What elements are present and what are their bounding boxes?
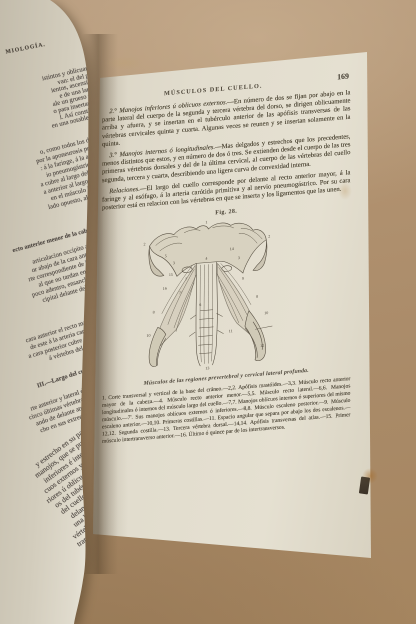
right-page-content: MÚSCULOS DEL CUELLO. 169 2.° Manojos inf… — [102, 60, 350, 444]
plate-number: 10 — [264, 310, 268, 315]
turning-page-shadow: MIOLOGÍA. istintos y oblicuamente van: e… — [0, 0, 130, 624]
anatomical-figure: 1 2 2 3 3 4 5 6 7 7' 8 8 9 10 10 — [139, 214, 273, 377]
plate-number: 16 — [163, 286, 167, 291]
plate-number: 13 — [205, 366, 209, 371]
plate-number: 2 — [268, 234, 270, 239]
plate-number: 6 — [199, 302, 201, 307]
plate-number: 14 — [230, 246, 234, 251]
left-page-text-fragment: o, como todos los de la por la aponeuros… — [0, 134, 112, 223]
turning-page: MIOLOGÍA. istintos y oblicuamente van: e… — [0, 0, 130, 624]
muscle-column-fibers — [200, 264, 213, 364]
skull-base-shape — [150, 220, 267, 281]
plate-number: 15 — [169, 272, 173, 277]
plate-number: 10 — [147, 333, 151, 338]
plate-number: 11 — [229, 328, 233, 333]
plate-number: 8 — [256, 294, 258, 299]
plate-number: 3 — [173, 261, 175, 266]
plate-number: 3 — [238, 255, 240, 260]
plate-number: 8 — [153, 310, 155, 315]
plate-number: 4 — [205, 256, 207, 261]
page-number: 169 — [337, 72, 349, 82]
plate-number: 7' — [179, 290, 182, 295]
left-page-text-fragment: cara anterior el recto mayor de este á l… — [0, 316, 102, 382]
plate-number: 1 — [205, 220, 207, 225]
book-photo: MÚSCULOS DEL CUELLO. 169 2.° Manojos inf… — [0, 0, 416, 624]
muscle-column-outline — [196, 262, 217, 367]
plate-number: 12 — [260, 343, 264, 348]
plate-number: 9 — [242, 276, 244, 281]
transverse-processes — [189, 313, 223, 337]
left-page-text-fragment: istintos y oblicuamente van: el del prim… — [0, 62, 112, 142]
anatomical-figure-svg: 1 2 2 3 3 4 5 6 7 7' 8 8 9 10 10 — [139, 214, 273, 377]
left-page-text-fragment: y estrecho en su parte manojos, que se p… — [0, 424, 130, 596]
plate-number: 5 — [165, 254, 167, 259]
left-running-header: MIOLOGÍA. — [5, 41, 46, 55]
plate-number: 7 — [185, 277, 187, 282]
rib-hook-right — [245, 310, 266, 362]
plate-number: 2 — [143, 242, 145, 247]
